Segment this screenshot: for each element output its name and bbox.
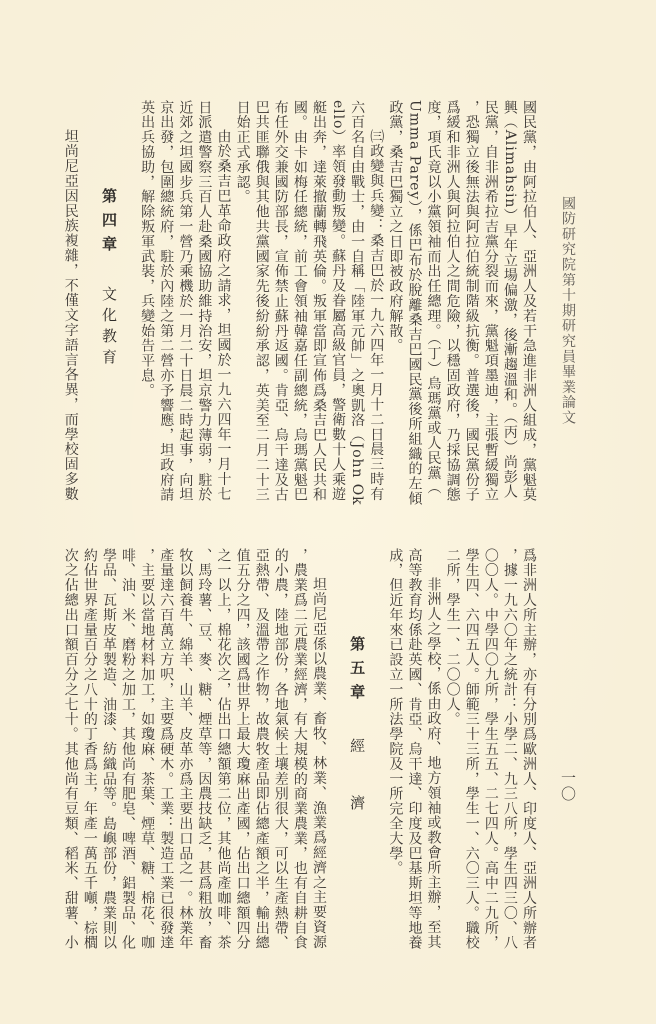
text-column: 產量達六百萬立方呎，主要爲硬木。工業：製造工業已很發達 bbox=[156, 548, 175, 953]
blank-column bbox=[118, 100, 137, 505]
document-page: 國防研究院第十期研究員畢業論文 一〇 國民黨，由阿拉伯人、亞洲人及若干急進非洲人… bbox=[0, 0, 656, 1024]
upper-text-block: 國民黨，由阿拉伯人、亞洲人及若干急進非洲人組成，黨魁莫 興（Alimahsin）… bbox=[60, 100, 538, 505]
text-column: 艇出奔，達萊撤蘭轉飛英倫。叛軍當即宣佈爲桑吉巴人民共和 bbox=[309, 100, 328, 505]
text-column: 成，但近年來已設立一所法學院及一所完全大學。 bbox=[385, 548, 404, 953]
text-column: 學生四、六四五人。師範三十三所，學生一、六〇三人。職校 bbox=[462, 548, 481, 953]
text-column: 爲緩和非洲人與阿拉伯人之間危險，以穩固政府，乃採協調態 bbox=[443, 100, 462, 505]
paragraph-start-column: 非洲人之學校，係由政府、地方領袖或教會所主辦，至其 bbox=[423, 548, 442, 953]
text-column: 二所，學生一、二〇〇人。 bbox=[443, 548, 462, 953]
text-column: 巴共匪聯俄與其他共黨國家先後紛紛承認，英美至二月二十三 bbox=[252, 100, 271, 505]
text-column: 次之佔總出口額百分之七十。其他尚有豆類、稻米、甜薯、小 bbox=[61, 548, 80, 953]
chapter-number: 第四章 bbox=[100, 188, 118, 260]
text-column: 啡、油、米、磨粉之加工，其他尚有肥皂、啤酒、鋁製品、化 bbox=[118, 548, 137, 953]
blank-column bbox=[366, 548, 385, 953]
text-column: 布任外交兼國防部長，宣佈禁止蘇丹返國。肯亞、烏干達及古 bbox=[271, 100, 290, 505]
text-column: Umma Parey），係巴布於脫離桑吉巴國民黨後所組織的左傾 bbox=[404, 100, 423, 505]
chapter-heading: 第五章經濟 bbox=[347, 548, 366, 953]
text-column: 日始正式承認。 bbox=[233, 100, 252, 505]
paragraph-start-column: 坦尚尼亞係以農業、畜牧、林業、漁業爲經濟之主要資源 bbox=[309, 548, 328, 953]
text-column: 高等教育均係赴英國、肯亞、烏干達、印度及巴基斯坦等地養 bbox=[404, 548, 423, 953]
blank-column bbox=[328, 548, 347, 953]
text-column: ，據一九六〇年之統計：小學二、九三八所，學生四三〇、八 bbox=[500, 548, 519, 953]
chapter-number: 第五章 bbox=[348, 636, 366, 708]
blank-column bbox=[80, 100, 99, 505]
text-column: 〇〇人。中學四〇九所，學生五五、二七四人。高中二九所， bbox=[481, 548, 500, 953]
text-column: 民黨，自非洲希拉吉黨分裂而來，黨魁項墨迪，主張暫緩獨立 bbox=[481, 100, 500, 505]
text-column: 值五分之四，該國爲世界上最大瓊麻出產國，佔出口總額四分 bbox=[233, 548, 252, 953]
text-column: 國民黨，由阿拉伯人、亞洲人及若干急進非洲人組成，黨魁莫 bbox=[519, 100, 538, 505]
paragraph-start-column: 由於桑吉巴革命政府之請求，坦國於一九六四年一月十七 bbox=[213, 100, 232, 505]
text-column: 之一以上，棉花次之，佔出口總額第二位，其他尚產咖啡、茶 bbox=[213, 548, 232, 953]
chapter-heading: 第四章文化教育 bbox=[99, 100, 118, 505]
text-column: ，主要以當地材料加工，如瓊麻、茶葉、煙草、糖、棉花、咖 bbox=[137, 548, 156, 953]
text-column: 國。由卡如梅任總統，前工會領袖韓嘉任副總統，烏瑪黨魁巴 bbox=[290, 100, 309, 505]
text-column: 京出發，包圍總統府，駐於內陸之第二營亦予響應，坦政府請 bbox=[156, 100, 175, 505]
page-number: 一〇 bbox=[559, 770, 576, 802]
text-column: 、馬玲薯、豆、麥、糖、煙草等，因農技缺乏，甚爲粗放，畜 bbox=[194, 548, 213, 953]
text-column: 約佔世界產量百分之八十的丁香爲主，年產一萬五千噸，棕櫚 bbox=[80, 548, 99, 953]
text-column: ，恐獨立後無法與阿拉伯統制階級抗衡。普選後，國民黨份子 bbox=[462, 100, 481, 505]
text-column: 政黨，桑吉巴獨立之日即被政府解散。 bbox=[385, 100, 404, 505]
text-column: 亞熱帶、及溫帶之作物，故農牧產品即佔總產額之半，輸出總 bbox=[252, 548, 271, 953]
paragraph-start-column: ㈢政變與兵變：桑吉巴於一九六四年一月十二日晨三時有 bbox=[366, 100, 385, 505]
text-column: 興（Alimahsin）早年立場偏激，後漸趨溫和。（丙）尚彭人 bbox=[500, 100, 519, 505]
text-column: 近郊之坦國步兵第一營乃乘機於一月二十日晨二時起事，向坦 bbox=[175, 100, 194, 505]
running-header: 國防研究院第十期研究員畢業論文 bbox=[559, 196, 576, 426]
text-column: 度，項氏竟以小黨領袖而出任總理。（丁）烏瑪黨或人民黨（ bbox=[423, 100, 442, 505]
text-column: ，農業爲二元農業經濟，有大規模的商業農業，也有自耕自食 bbox=[290, 548, 309, 953]
text-column: 的小農，陸地部份，各地氣候土壤差別很大，可以生產熱帶、 bbox=[271, 548, 290, 953]
text-column: 六百名自由戰士，由一自稱「陸軍元帥」之奧凱洛（John Ok bbox=[347, 100, 366, 505]
chapter-title: 經濟 bbox=[347, 738, 366, 852]
text-column: ello）率領發動叛變。蘇丹及眷屬高級官員，警衛數十人乘遊 bbox=[328, 100, 347, 505]
text-column: 學品、瓦斯皮革製造、油漆、紡織品等。島嶼部份，農業則以 bbox=[99, 548, 118, 953]
text-column: 英出兵協助，解除叛軍武裝，兵變始告平息。 bbox=[137, 100, 156, 505]
lower-text-block: 爲非洲人所主辦，亦有分別爲歐洲人、印度人、亞洲人所辦者 ，據一九六〇年之統計：小… bbox=[60, 548, 538, 953]
text-column: 爲非洲人所主辦，亦有分別爲歐洲人、印度人、亞洲人所辦者 bbox=[519, 548, 538, 953]
text-column: 日派遣警察三百人赴桑國協助維持治安，坦京警力薄弱，駐於 bbox=[194, 100, 213, 505]
paragraph-start-column: 坦尚尼亞因民族複雜，不僅文字語言各異，而學校固多數 bbox=[61, 100, 80, 505]
text-column: 牧以飼養牛、綿羊、山羊、皮革亦爲主要出口品之一。林業年 bbox=[175, 548, 194, 953]
chapter-title: 文化教育 bbox=[99, 286, 118, 370]
